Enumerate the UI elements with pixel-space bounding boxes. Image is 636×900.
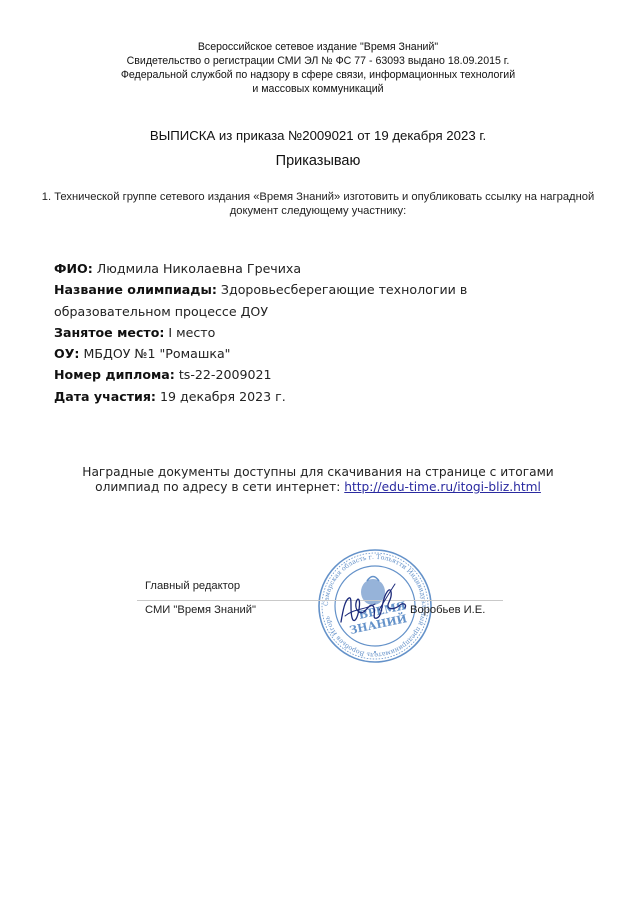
field-label: Дата участия: [54, 389, 156, 404]
field-date: Дата участия: 19 декабря 2023 г. [54, 386, 494, 407]
field-value: Людмила Николаевна Гречиха [97, 261, 301, 276]
participant-details: ФИО: Людмила Николаевна Гречиха Название… [54, 258, 494, 407]
field-label: ФИО: [54, 261, 93, 276]
order-instruction: 1. Технической группе сетевого издания «… [40, 190, 596, 218]
publisher-header: Всероссийское сетевое издание "Время Зна… [0, 40, 636, 96]
field-label: ОУ: [54, 346, 79, 361]
registration-authority-cont: и массовых коммуникаций [0, 82, 636, 96]
registration-authority: Федеральной службой по надзору в сфере с… [0, 68, 636, 82]
field-diploma-number: Номер диплома: ts-22-2009021 [54, 364, 494, 385]
field-label: Название олимпиады: [54, 282, 217, 297]
download-notice: Наградные документы доступны для скачива… [60, 465, 576, 496]
field-place: Занятое место: I место [54, 322, 494, 343]
field-value: I место [168, 325, 215, 340]
field-value: 19 декабря 2023 г. [160, 389, 286, 404]
results-link[interactable]: http://edu-time.ru/itogi-bliz.html [344, 480, 541, 494]
field-fio: ФИО: Людмила Николаевна Гречиха [54, 258, 494, 279]
signature-divider [137, 600, 503, 601]
field-olympiad: Название олимпиады: Здоровьесберегающие … [54, 279, 494, 322]
publisher-name: Всероссийское сетевое издание "Время Зна… [0, 40, 636, 54]
field-value: ts-22-2009021 [179, 367, 272, 382]
order-subtitle: Приказываю [0, 153, 636, 169]
signer-organization: СМИ "Время Знаний" [145, 604, 256, 616]
order-title: ВЫПИСКА из приказа №2009021 от 19 декабр… [0, 128, 636, 143]
field-label: Занятое место: [54, 325, 164, 340]
signer-name: Воробьев И.Е. [410, 604, 485, 616]
field-label: Номер диплома: [54, 367, 175, 382]
field-value: МБДОУ №1 "Ромашка" [83, 346, 230, 361]
handwritten-signature-icon [335, 580, 415, 630]
registration-certificate: Свидетельство о регистрации СМИ ЭЛ № ФС … [0, 54, 636, 68]
signer-role: Главный редактор [145, 580, 240, 592]
field-institution: ОУ: МБДОУ №1 "Ромашка" [54, 343, 494, 364]
